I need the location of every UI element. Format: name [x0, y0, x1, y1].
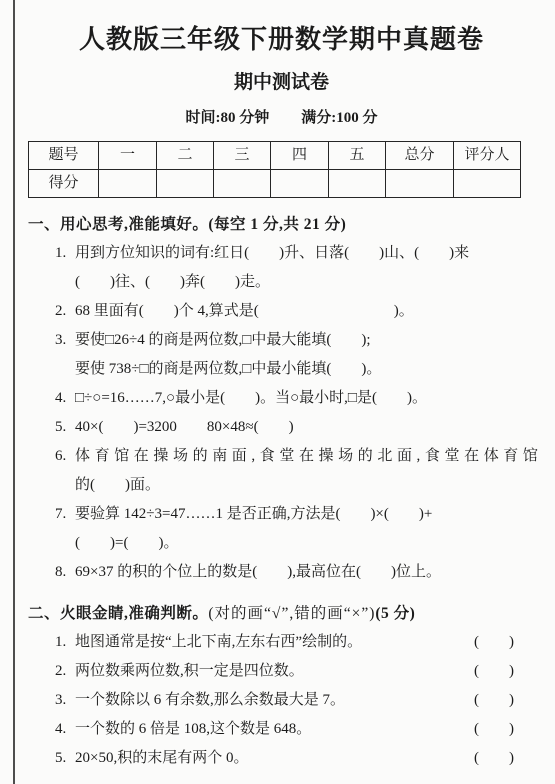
score-header-cell: 三	[214, 142, 271, 170]
section-2-heading-main: 二、火眼金睛,准确判断。	[28, 605, 208, 622]
question-number: 2.	[55, 297, 75, 326]
score-blank-cell	[454, 170, 521, 198]
score-header-cell: 题号	[29, 142, 99, 170]
judge-question-row: 3. 一个数除以 6 有余数,那么余数最大是 7。 ( )	[55, 686, 535, 715]
score-header-cell: 评分人	[454, 142, 521, 170]
question-number: 5.	[55, 744, 75, 773]
score-blank-cell	[271, 170, 329, 198]
question-line: 要使□26÷4 的商是两位数,□中最大能填( );	[75, 326, 535, 355]
section-1-heading: 一、用心思考,准能填好。(每空 1 分,共 21 分)	[28, 210, 535, 239]
question-line: 69×37 的积的个位上的数是( ),最高位在( )位上。	[75, 558, 535, 587]
answer-blank: ( )	[474, 744, 514, 773]
question-number: 2.	[55, 657, 75, 686]
score-table: 题号 一 二 三 四 五 总分 评分人 得分	[28, 141, 521, 198]
score-row-label: 得分	[29, 170, 99, 198]
score-header-cell: 二	[157, 142, 214, 170]
section-2-heading-note: (对的画“√”,错的画“×”)	[208, 605, 375, 622]
score-header-cell: 五	[329, 142, 386, 170]
page-binding-line	[13, 0, 15, 784]
time-limit-label: 时间:80 分钟	[186, 108, 270, 128]
question-line: 一个数的 6 倍是 108,这个数是 648。	[75, 721, 311, 737]
question-number: 8.	[55, 558, 75, 587]
question-row: 5. 40×( )=3200 80×48≈( )	[55, 413, 535, 442]
question-number: 3.	[55, 326, 75, 384]
score-blank-cell	[157, 170, 214, 198]
question-line: 两位数乘两位数,积一定是四位数。	[75, 663, 304, 679]
score-blank-cell	[214, 170, 271, 198]
question-line: 地图通常是按“上北下南,左东右西”绘制的。	[75, 634, 362, 650]
judge-question-row: 5. 20×50,积的末尾有两个 0。 ( )	[55, 744, 535, 773]
question-number: 4.	[55, 384, 75, 413]
question-line: 的( )面。	[75, 471, 535, 500]
question-number: 6.	[55, 442, 75, 500]
question-row: 4. □÷○=16……7,○最小是( )。当○最小时,□是( )。	[55, 384, 535, 413]
question-row: 1. 用到方位知识的词有:红日( )升、日落( )山、( )来 ( )往、( )…	[55, 239, 535, 297]
question-row: 8. 69×37 的积的个位上的数是( ),最高位在( )位上。	[55, 558, 535, 587]
section-2-heading-score: (5 分)	[375, 605, 415, 622]
score-blank-cell	[386, 170, 454, 198]
score-table-score-row: 得分	[29, 170, 521, 198]
question-line: 要验算 142÷3=47……1 是否正确,方法是( )×( )+	[75, 500, 535, 529]
question-number: 1.	[55, 628, 75, 657]
answer-blank: ( )	[474, 657, 514, 686]
question-line: 用到方位知识的词有:红日( )升、日落( )山、( )来	[75, 239, 535, 268]
question-line: □÷○=16……7,○最小是( )。当○最小时,□是( )。	[75, 384, 535, 413]
section-2-heading: 二、火眼金睛,准确判断。(对的画“√”,错的画“×”)(5 分)	[28, 599, 535, 628]
full-score-label: 满分:100 分	[301, 108, 377, 128]
page-subtitle: 期中测试卷	[28, 71, 535, 95]
question-line: ( )往、( )奔( )走。	[75, 268, 535, 297]
question-line: 体育馆在操场的南面,食堂在操场的北面,食堂在体育馆	[75, 442, 535, 471]
question-line: ( )=( )。	[75, 529, 535, 558]
question-line: 要使 738÷□的商是两位数,□中最小能填( )。	[75, 355, 535, 384]
question-row: 2. 68 里面有( )个 4,算式是( )。	[55, 297, 535, 326]
answer-blank: ( )	[474, 628, 514, 657]
question-line: 20×50,积的末尾有两个 0。	[75, 750, 248, 766]
score-header-cell: 总分	[386, 142, 454, 170]
exam-meta: 时间:80 分钟 满分:100 分	[28, 108, 535, 128]
judge-question-row: 4. 一个数的 6 倍是 108,这个数是 648。 ( )	[55, 715, 535, 744]
question-number: 3.	[55, 686, 75, 715]
question-line: 68 里面有( )个 4,算式是( )。	[75, 297, 535, 326]
answer-blank: ( )	[474, 686, 514, 715]
score-blank-cell	[99, 170, 157, 198]
judge-question-row: 1. 地图通常是按“上北下南,左东右西”绘制的。 ( )	[55, 628, 535, 657]
score-header-cell: 一	[99, 142, 157, 170]
score-table-header-row: 题号 一 二 三 四 五 总分 评分人	[29, 142, 521, 170]
question-line: 40×( )=3200 80×48≈( )	[75, 413, 535, 442]
exam-paper: 人教版三年级下册数学期中真题卷 期中测试卷 时间:80 分钟 满分:100 分 …	[28, 0, 535, 773]
judge-question-row: 2. 两位数乘两位数,积一定是四位数。 ( )	[55, 657, 535, 686]
question-number: 1.	[55, 239, 75, 297]
question-number: 7.	[55, 500, 75, 558]
question-line: 一个数除以 6 有余数,那么余数最大是 7。	[75, 692, 345, 708]
question-number: 4.	[55, 715, 75, 744]
question-row: 6. 体育馆在操场的南面,食堂在操场的北面,食堂在体育馆 的( )面。	[55, 442, 535, 500]
question-row: 3. 要使□26÷4 的商是两位数,□中最大能填( ); 要使 738÷□的商是…	[55, 326, 535, 384]
score-blank-cell	[329, 170, 386, 198]
question-number: 5.	[55, 413, 75, 442]
score-header-cell: 四	[271, 142, 329, 170]
answer-blank: ( )	[474, 715, 514, 744]
question-row: 7. 要验算 142÷3=47……1 是否正确,方法是( )×( )+ ( )=…	[55, 500, 535, 558]
page-title: 人教版三年级下册数学期中真题卷	[28, 24, 535, 56]
